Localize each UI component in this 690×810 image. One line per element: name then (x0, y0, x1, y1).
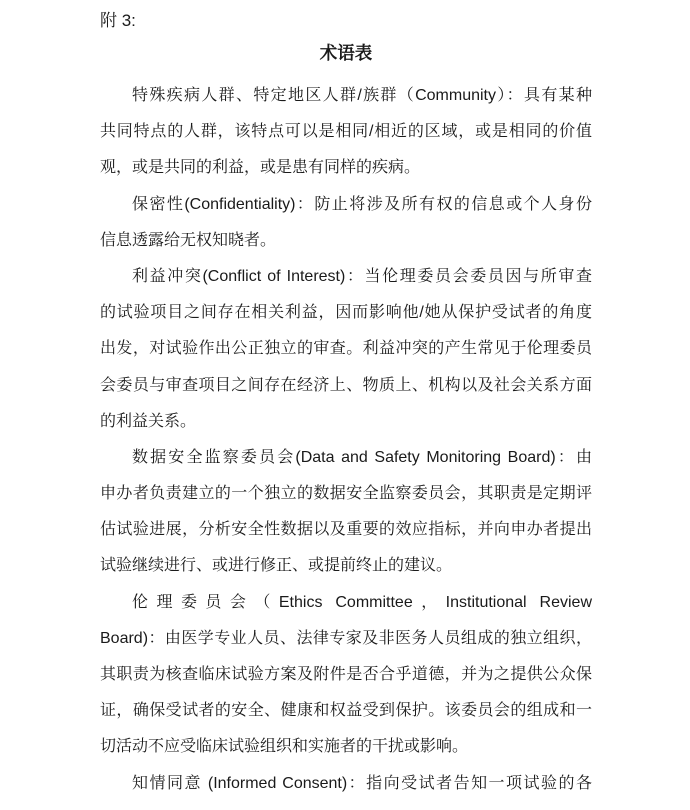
text-line: 证，确保受试者的安全、健康和权益受到保护。该委员会的组成和一 (100, 693, 592, 729)
document-title: 术语表 (100, 36, 592, 70)
text-line: 的试验项目之间存在相关利益，因而影响他/她从保护受试者的角度 (100, 295, 592, 331)
text-line: 切活动不应受临床试验组织和实施者的干扰或影响。 (100, 729, 592, 765)
text-line: 申办者负责建立的一个独立的数据安全监察委员会，其职责是定期评 (100, 476, 592, 512)
text-line: 共同特点的人群，该特点可以是相同/相近的区域，或是相同的价值 (100, 114, 592, 150)
text-line: 利益冲突(Conflict of Interest)：当伦理委员会委员因与所审查 (100, 259, 592, 295)
text-line: 伦理委员会（Ethics Committee，Institutional Rev… (100, 585, 592, 621)
text-line: 知情同意 (Informed Consent)：指向受试者告知一项试验的各 (100, 766, 592, 802)
text-line: 出发，对试验作出公正独立的审查。利益冲突的产生常见于伦理委员 (100, 331, 592, 367)
text-line: 的利益关系。 (100, 404, 592, 440)
text-line: 观，或是共同的利益，或是患有同样的疾病。 (100, 150, 592, 186)
text-line: 会委员与审查项目之间存在经济上、物质上、机构以及社会关系方面 (100, 368, 592, 404)
text-line: 保密性(Confidentiality)：防止将涉及所有权的信息或个人身份 (100, 187, 592, 223)
document-body: 特殊疾病人群、特定地区人群/族群（Community）：具有某种共同特点的人群，… (100, 78, 592, 802)
text-line: 特殊疾病人群、特定地区人群/族群（Community）：具有某种 (100, 78, 592, 114)
text-line: 数据安全监察委员会(Data and Safety Monitoring Boa… (100, 440, 592, 476)
text-line: 估试验进展，分析安全性数据以及重要的效应指标，并向申办者提出 (100, 512, 592, 548)
appendix-label: 附 3: (100, 6, 592, 36)
text-line: 其职责为核查临床试验方案及附件是否合乎道德，并为之提供公众保 (100, 657, 592, 693)
text-line: 信息透露给无权知晓者。 (100, 223, 592, 259)
text-line: Board)：由医学专业人员、法律专家及非医务人员组成的独立组织， (100, 621, 592, 657)
document-page: 附 3: 术语表 特殊疾病人群、特定地区人群/族群（Community）：具有某… (0, 0, 690, 810)
text-line: 试验继续进行、或进行修正、或提前终止的建议。 (100, 548, 592, 584)
